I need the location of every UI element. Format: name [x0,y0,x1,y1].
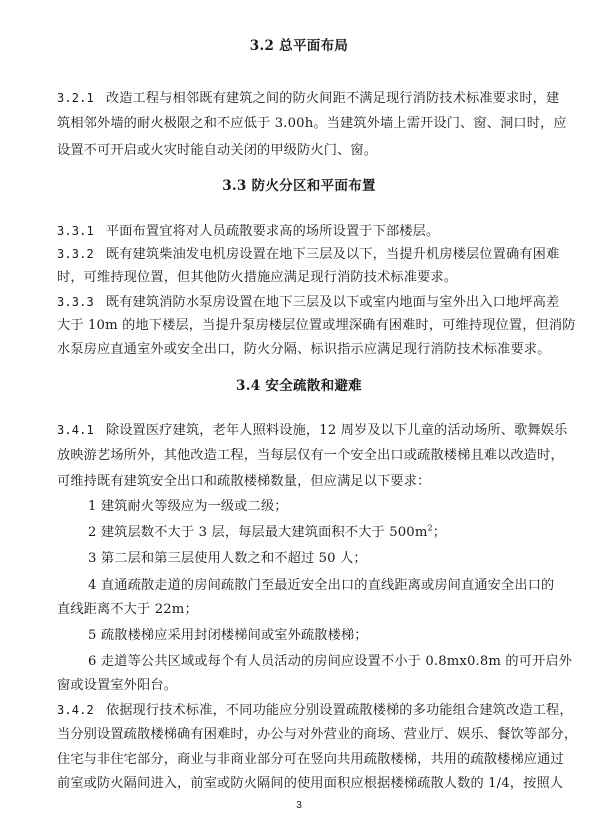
list-item-6-line-2: 窗或设置室外阳台。 [57,677,547,695]
clause-3-3-2-line-1: 3.3.2既有建筑柴油发电机房设置在地下三层及以下，当提升机房楼层位置确有困难 [57,245,547,264]
list-item-4-line-1: 4 直通疏散走道的房间疏散门至最近安全出口的直线距离或房间直通安全出口的 [88,577,548,595]
section-heading-3-4: 3.4 安全疏散和避难 [0,377,598,395]
section-heading-3-2: 3.2 总平面布局 [0,37,598,55]
clause-3-2-1-line-1: 3.2.1改造工程与相邻既有建筑之间的防火间距不满足现行消防技术标准要求时，建 [57,89,547,108]
list-item-3: 3 第二层和第三层使用人数之和不超过 50 人； [88,550,548,568]
clause-3-3-1-line-1: 3.3.1平面布置宜将对人员疏散要求高的场所设置于下部楼层。 [57,222,547,241]
clause-3-4-1-line-2: 放映游艺场所外，其他改造工程，当每层仅有一个安全出口或疏散楼梯且难以改造时， [57,447,547,465]
document-page: 3.2 总平面布局 3.2.1改造工程与相邻既有建筑之间的防火间距不满足现行消防… [0,0,598,821]
clause-3-4-2-line-3: 住宅与非住宅部分，商业与非商业部分可在竖向共用疏散楼梯，共用的疏散楼梯应通过 [57,751,547,769]
section-heading-3-3: 3.3 防火分区和平面布置 [0,177,598,195]
clause-number: 3.4.1 [57,421,94,439]
list-item-5: 5 疏散楼梯应采用封闭楼梯间或室外疏散楼梯； [88,627,548,645]
clause-3-4-1-line-3: 可维持既有建筑安全出口和疏散楼梯数量，但应满足以下要求： [57,473,547,491]
clause-3-4-2-line-1: 3.4.2依据现行技术标准，不同功能应分别设置疏散楼梯的多功能组合建筑改造工程， [57,701,547,720]
list-item-2: 2 建筑层数不大于 3 层，每层最大建筑面积不大于 500m2； [88,524,548,542]
clause-3-3-3-line-1: 3.3.3既有建筑消防水泵房设置在地下三层及以下或室内地面与室外出入口地坪高差 [57,293,547,312]
clause-number: 3.2.1 [57,89,94,107]
clause-number: 3.3.2 [57,245,94,263]
list-item-1: 1 建筑耐火等级应为一级或二级； [88,498,548,516]
list-item-6-line-1: 6 走道等公共区域或每个有人员活动的房间应设置不小于 0.8mx0.8m 的可开… [88,653,548,671]
clause-3-3-3-line-2: 大于 10m 的地下楼层，当提升泵房楼层位置或埋深确有困难时，可维持现位置，但消… [57,317,547,335]
page-number: 3 [0,800,598,811]
clause-3-4-1-line-1: 3.4.1除设置医疗建筑，老年人照料设施，12 周岁及以下儿童的活动场所、歌舞娱… [57,421,547,440]
clause-3-4-2-line-4: 前室或防火隔间进入，前室或防火隔间的使用面积应根据楼梯疏散人数的 1/4，按照人 [57,775,547,793]
clause-3-3-3-line-3: 水泵房应直通室外或安全出口，防火分隔、标识指示应满足现行消防技术标准要求。 [57,341,547,359]
clause-number: 3.3.1 [57,222,94,240]
clause-3-2-1-line-3: 设置不可开启或火灾时能自动关闭的甲级防火门、窗。 [57,142,547,160]
clause-3-4-2-line-2: 当分别设置疏散楼梯确有困难时，办公与对外营业的商场、营业厅、娱乐、餐饮等部分， [57,726,547,744]
clause-3-3-2-line-2: 时，可维持现位置，但其他防火措施应满足现行消防技术标准要求。 [57,269,547,287]
list-item-4-line-2: 直线距离不大于 22m； [57,601,547,619]
clause-number: 3.4.2 [57,701,94,719]
clause-3-2-1-line-2: 筑相邻外墙的耐火极限之和不应低于 3.00h。当建筑外墙上需开设门、窗、洞口时，… [57,115,547,133]
clause-number: 3.3.3 [57,293,94,311]
